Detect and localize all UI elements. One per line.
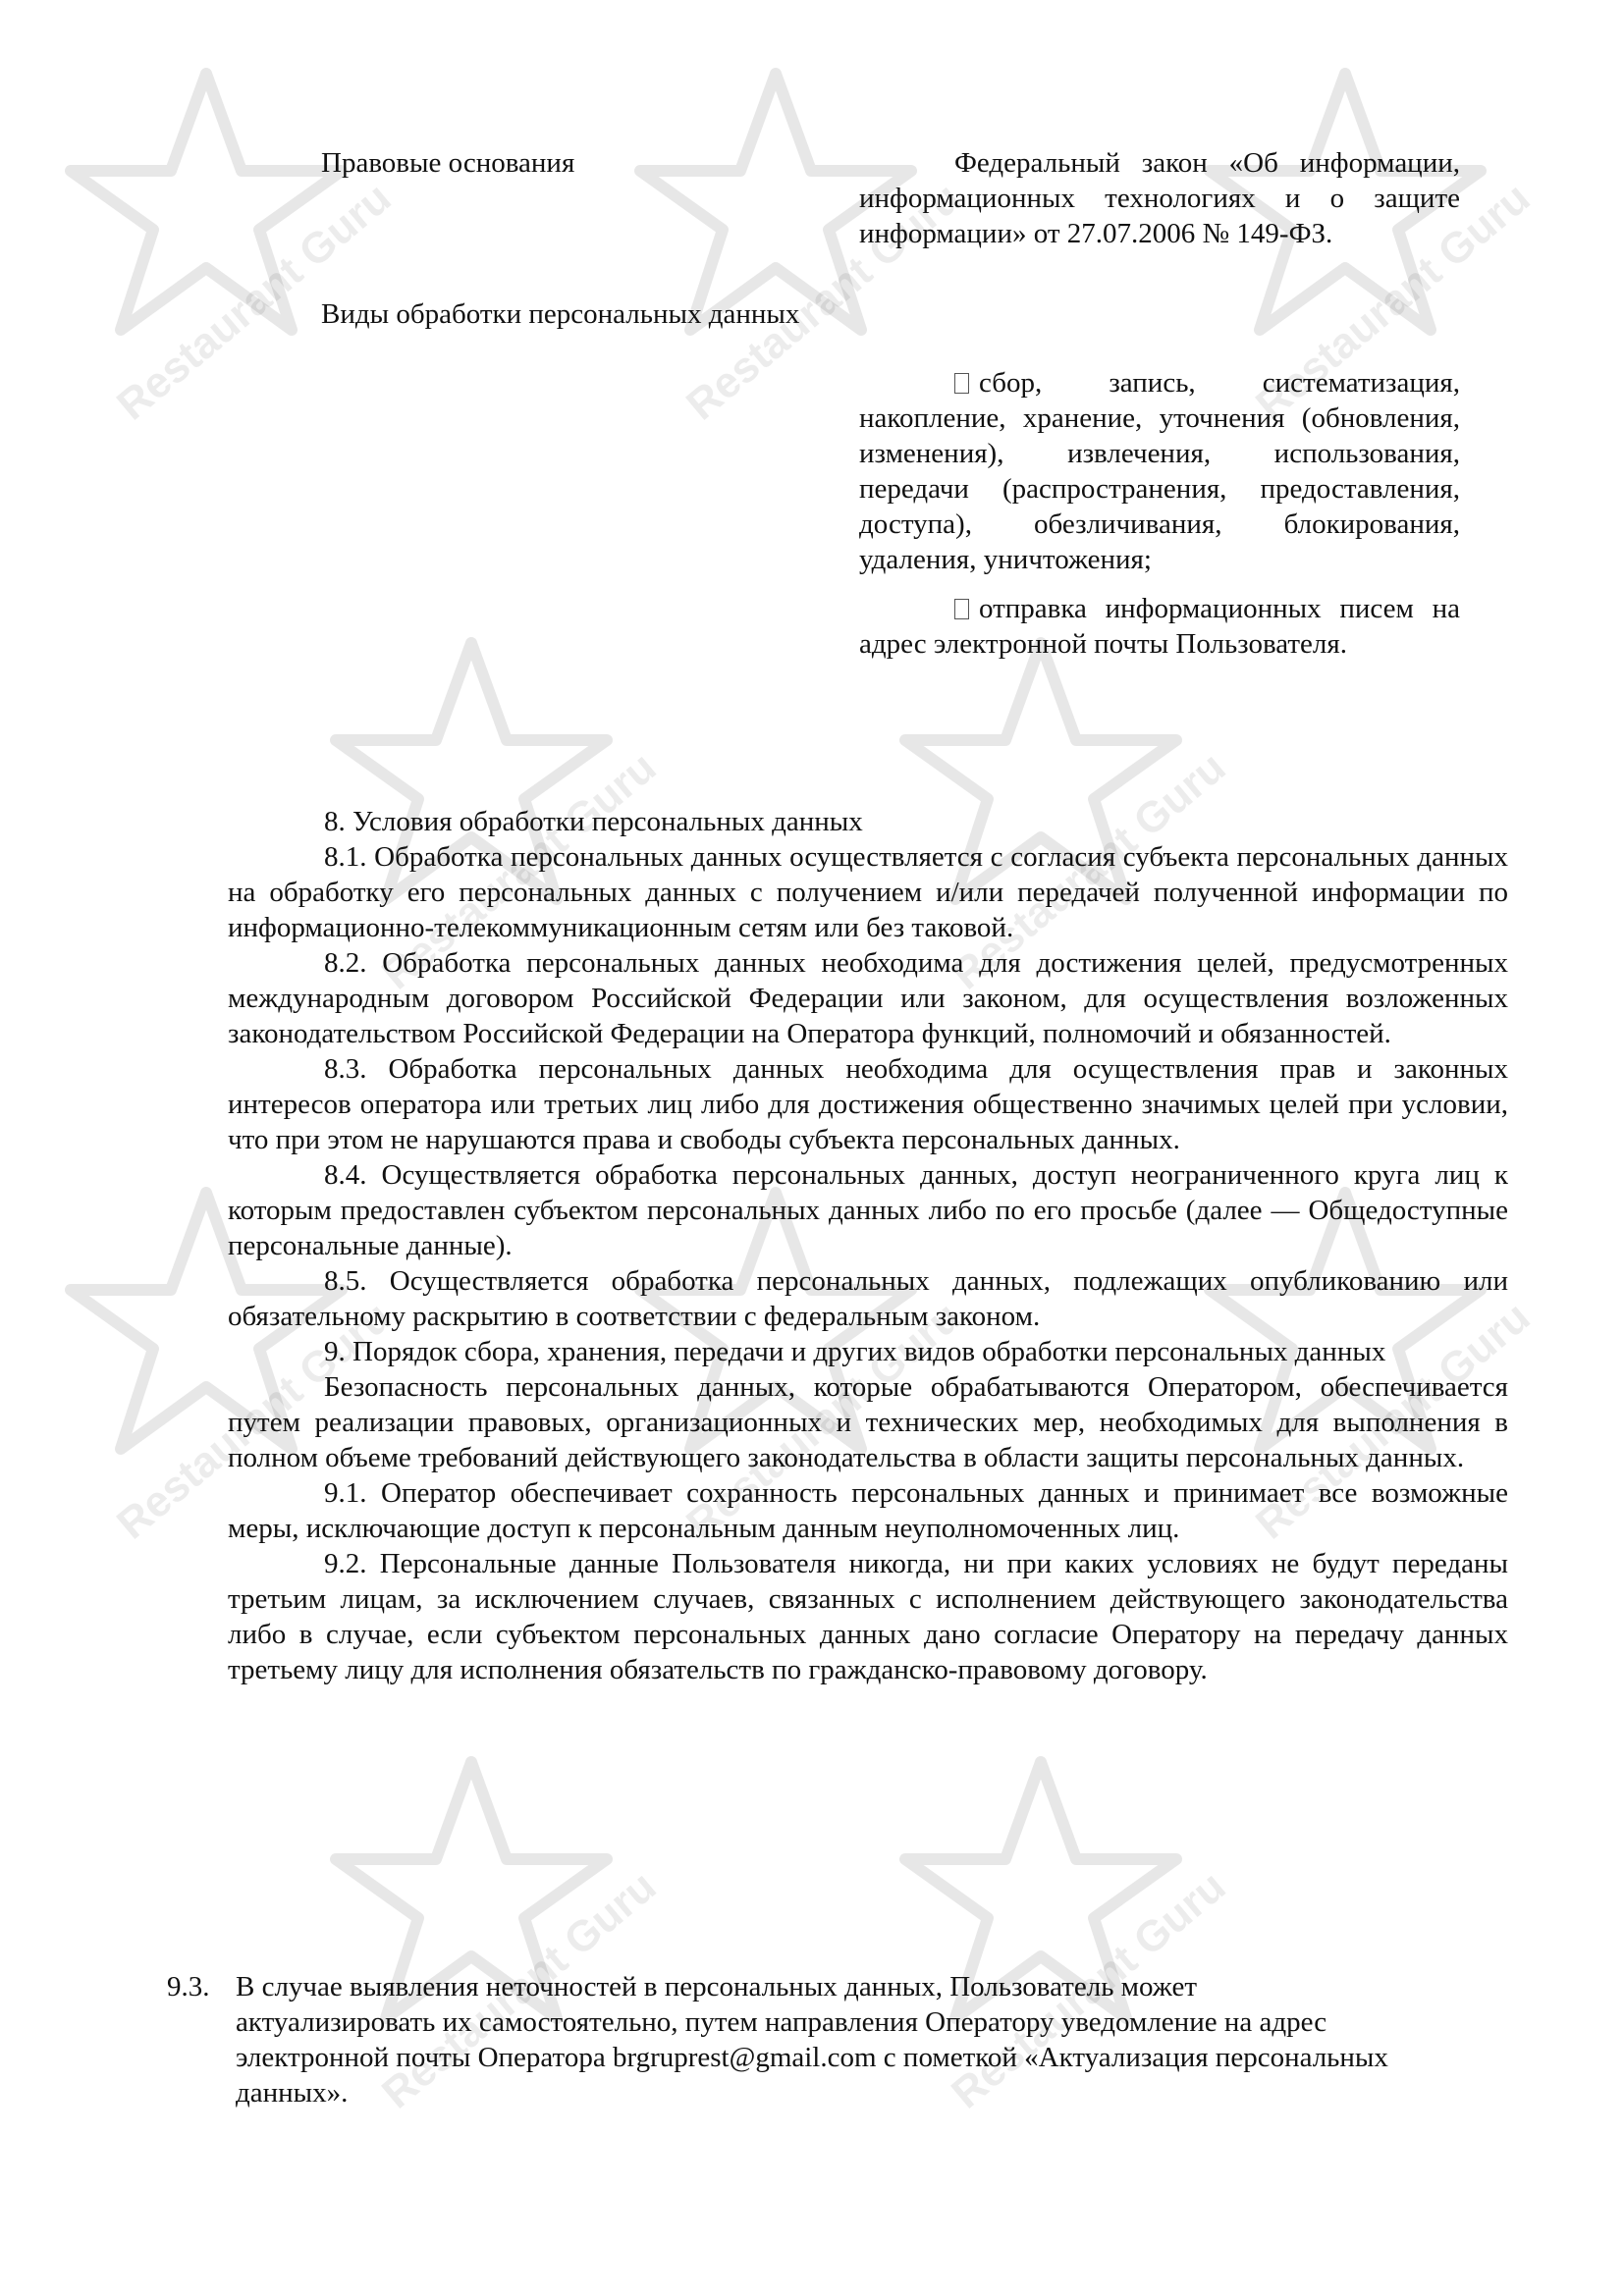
processing-types-item-2-text: отправка информационных писем на адрес э… — [859, 593, 1460, 660]
section-9-3-text: В случае выявления неточностей в персона… — [236, 1969, 1394, 2110]
operator-email: brgruprest@gmail.com — [613, 2042, 877, 2073]
section-8-5: 8.5. Осуществляется обработка персональн… — [228, 1263, 1508, 1334]
processing-types-item-1-text: сбор, запись, систематизация, накопление… — [859, 367, 1460, 575]
section-9-2: 9.2. Персональные данные Пользователя ни… — [228, 1546, 1508, 1687]
legal-basis-text: Федеральный закон «Об информации, информ… — [859, 145, 1460, 251]
processing-types-content-cell: сбор, запись, систематизация, накопление… — [859, 365, 1460, 662]
section-9-intro: Безопасность персональных данных, которы… — [228, 1369, 1508, 1475]
document-page: Правовые основания Федеральный закон «Об… — [0, 0, 1624, 2296]
bullet-box-icon — [954, 599, 969, 619]
section-8-2: 8.2. Обработка персональных данных необх… — [228, 945, 1508, 1051]
processing-types-item-1: сбор, запись, систематизация, накопление… — [859, 365, 1460, 577]
processing-types-label: Виды обработки персональных данных — [226, 296, 825, 332]
section-8-heading: 8. Условия обработки персональных данных — [228, 804, 1508, 839]
section-9-3: 9.3. В случае выявления неточностей в пе… — [167, 1969, 1443, 2110]
legal-basis-label: Правовые основания — [226, 145, 825, 181]
section-9-3-number: 9.3. — [167, 1969, 210, 2004]
body-sections: 8. Условия обработки персональных данных… — [228, 804, 1508, 1687]
section-8-4: 8.4. Осуществляется обработка персональн… — [228, 1157, 1508, 1263]
section-9-1: 9.1. Оператор обеспечивает сохранность п… — [228, 1475, 1508, 1546]
processing-types-item-2: отправка информационных писем на адрес э… — [859, 591, 1460, 662]
section-8-1: 8.1. Обработка персональных данных осуще… — [228, 839, 1508, 945]
processing-types-label-cell: Виды обработки персональных данных — [226, 296, 825, 332]
bullet-box-icon — [954, 373, 969, 394]
section-9-heading: 9. Порядок сбора, хранения, передачи и д… — [228, 1334, 1508, 1369]
legal-basis-content-cell: Федеральный закон «Об информации, информ… — [859, 145, 1460, 251]
section-8-3: 8.3. Обработка персональных данных необх… — [228, 1051, 1508, 1157]
legal-basis-label-cell: Правовые основания — [226, 145, 825, 181]
